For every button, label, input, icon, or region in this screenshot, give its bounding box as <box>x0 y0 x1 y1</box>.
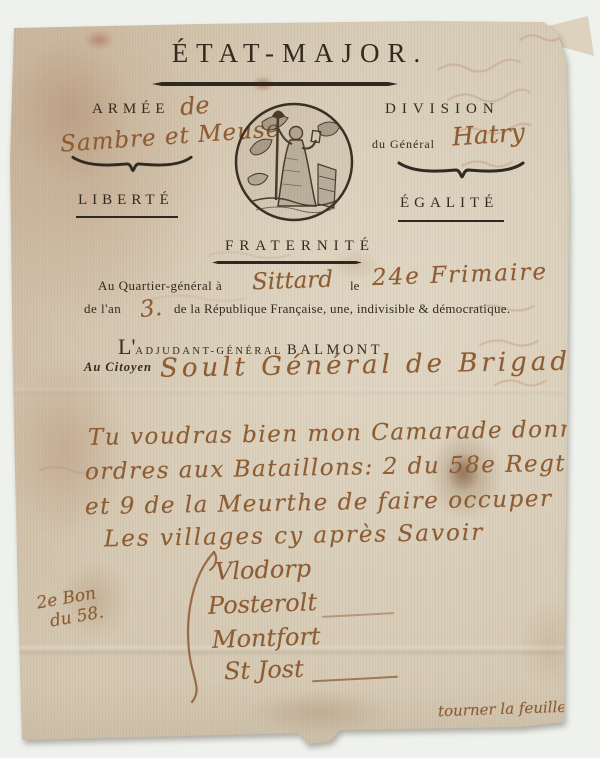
dateline2-suffix: de la République Française, une, indivis… <box>174 301 510 317</box>
place-handwritten: Sittard <box>252 267 334 296</box>
egalite-label: ÉGALITÉ <box>400 195 498 212</box>
village-name: Montfort <box>212 622 321 654</box>
division-label: DIVISION <box>385 101 500 118</box>
ornament-brace-icon <box>70 152 194 174</box>
page-title: ÉTAT-MAJOR. <box>0 38 600 69</box>
dateline2-prefix: de l'an <box>84 301 121 317</box>
paper-stain <box>250 690 390 734</box>
paper-stain <box>520 600 580 690</box>
title-rule <box>152 82 398 86</box>
body-line: et 9 de la Meurthe de faire occuper <box>85 486 553 520</box>
paper-shadow-wrap: ÉTAT-MAJOR. ARMÉE de Sambre et Meuse DIV… <box>0 0 600 758</box>
fraternite-label: FRATERNITÉ <box>0 238 600 255</box>
armee-hand-de: de <box>179 91 211 121</box>
body-line: Les villages cy après Savoir <box>104 520 485 553</box>
margin-note: 2e Bon du 58. <box>35 583 105 634</box>
armee-label: ARMÉE <box>92 101 170 118</box>
liberte-label: LIBERTÉ <box>78 192 174 209</box>
sender-initial: L' <box>118 334 135 359</box>
body-line: ordres aux Bataillons: 2 du 58e Regt <box>85 451 567 485</box>
pen-flourish <box>322 612 394 617</box>
photograph-background: ÉTAT-MAJOR. ARMÉE de Sambre et Meuse DIV… <box>0 0 600 758</box>
turn-page-note: tourner la feuille <box>438 698 567 720</box>
egalite-rule <box>398 220 504 222</box>
fold-crease <box>12 388 564 394</box>
general-name-handwritten: Hatry <box>451 117 526 151</box>
dateline-le: le <box>350 278 359 294</box>
letter-sheet: ÉTAT-MAJOR. ARMÉE de Sambre et Meuse DIV… <box>0 0 600 758</box>
pen-flourish <box>312 676 398 682</box>
du-general-label: du Général <box>372 137 435 152</box>
village-name: Vlodorp <box>215 554 312 585</box>
ornament-brace-icon <box>395 158 527 180</box>
village-name: St Jost <box>224 655 305 686</box>
fraternite-rule <box>212 261 362 264</box>
dateline-prefix: Au Quartier-général à <box>98 278 222 294</box>
village-name: Posterolt <box>208 588 318 620</box>
date-handwritten: 24e Frimaire <box>372 259 549 291</box>
recipient-label: Au Citoyen <box>84 360 152 375</box>
recipient-handwritten: Soult Général de Brigade <box>160 346 591 384</box>
body-line: Tu voudras bien mon Camarade donner les <box>88 415 600 451</box>
year-handwritten: 3. <box>139 295 164 323</box>
liberte-rule <box>76 216 178 218</box>
liberty-emblem-icon <box>232 98 356 226</box>
